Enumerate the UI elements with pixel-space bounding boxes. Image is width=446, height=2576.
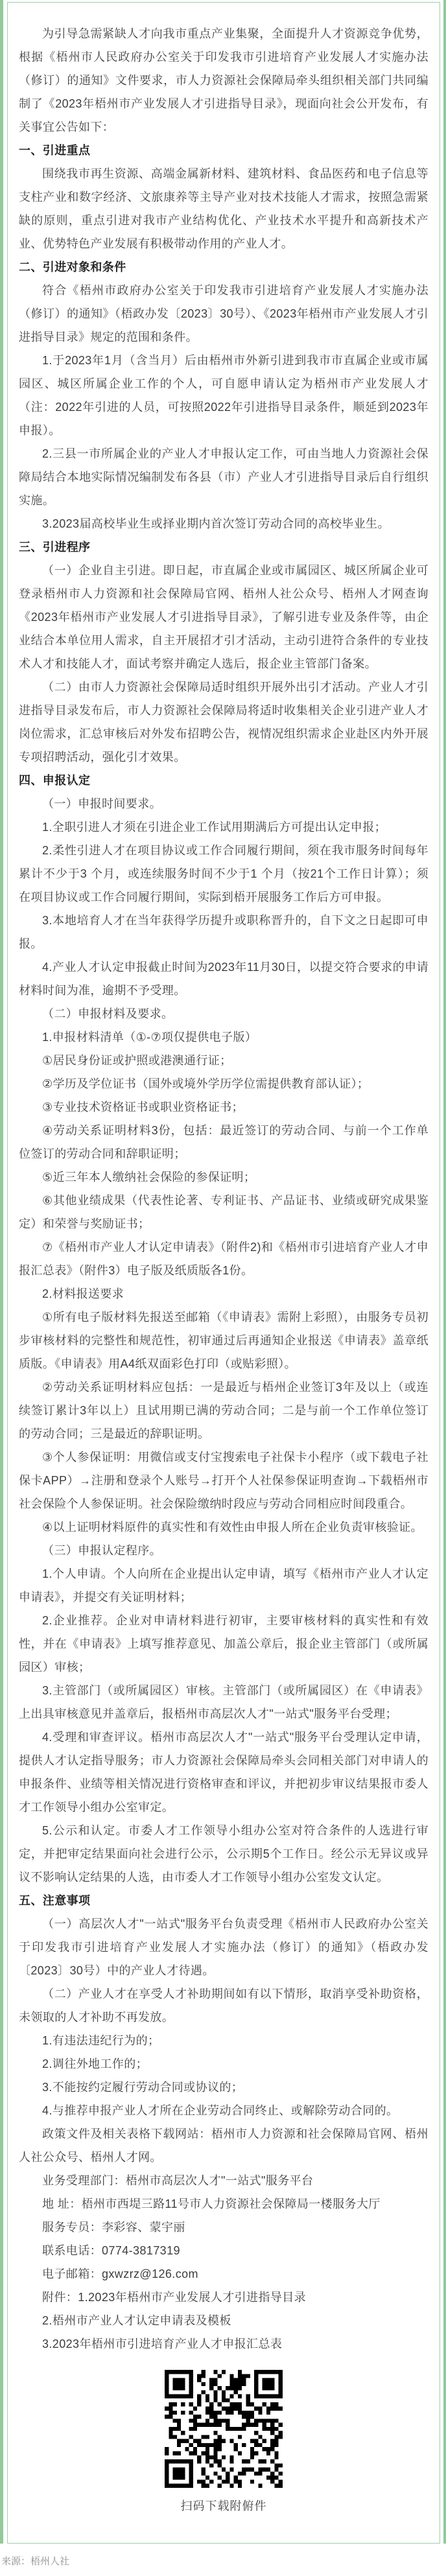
paragraph: ⑤近三年本人缴纳社会保险的参保证明； (19, 1165, 428, 1189)
paragraph: 联系电话：0774-3817319 (19, 2239, 428, 2262)
paragraph: （一）企业自主引进。即日起，市直属企业或市属园区、城区所属企业可登录梧州市人力资… (19, 559, 428, 675)
paragraph: 1.于2023年1月（含当月）后由梧州市外新引进到我市市直属企业或市属园区、城区… (19, 349, 428, 442)
page: 为引导急需紧缺人才向我市重点产业集聚，全面提升人才资源竞争优势，根据《梧州市人民… (0, 0, 446, 2576)
paragraph: 为引导急需紧缺人才向我市重点产业集聚，全面提升人才资源竞争优势，根据《梧州市人民… (19, 22, 428, 139)
paragraph: 业务受理部门：梧州市高层次人才"一站式"服务平台 (19, 2169, 428, 2192)
paragraph: 3.不能按约定履行劳动合同或协议的； (19, 2076, 428, 2099)
paragraph: 2.三县一市所属企业的产业人才申报认定工作，可由当地人力资源社会保障局结合本地实… (19, 442, 428, 512)
section-heading: 四、申报认定 (19, 769, 428, 792)
paragraph: 符合《梧州市政府办公室关于印发我市引进培育产业发展人才实施办法（修订）的通知》（… (19, 279, 428, 349)
paragraph: （一）申报时间要求。 (19, 792, 428, 815)
paragraph: （二）由市人力资源社会保障局适时组织开展外出引才活动。产业人才引进指导目录发布后… (19, 675, 428, 769)
paragraph: 4.受理和审查评议。梧州市高层次人才"一站式"服务平台受理认定申请，提供人才认定… (19, 1726, 428, 1819)
paragraph: （二）申报材料及要求。 (19, 1002, 428, 1025)
paragraph: 地 址：梧州市西堤三路11号市人力资源社会保障局一楼服务大厅 (19, 2192, 428, 2216)
announcement-card: 为引导急需紧缺人才向我市重点产业集聚，全面提升人才资源竞争优势，根据《梧州市人民… (0, 0, 446, 2544)
paragraph: 附件：1.2023年梧州市产业发展人才引进指导目录 (19, 2286, 428, 2309)
paragraph: （一）高层次人才"一站式"服务平台负责受理《梧州市人民政府办公室关于印发我市引进… (19, 1912, 428, 1982)
qr-code (165, 2370, 283, 2488)
paragraph: 5.公示和认定。市委人才工作领导小组办公室对符合条件的人选进行审定，并把审定结果… (19, 1819, 428, 1889)
paragraph: （二）产业人才在享受人才补助期间如有以下情形，取消享受补助资格，未领取的人才补助… (19, 1982, 428, 2029)
paragraph: ①居民身份证或护照或港澳通行证； (19, 1049, 428, 1072)
paragraph: 1.有违法违纪行为的； (19, 2029, 428, 2052)
paragraph: 围绕我市再生资源、高端金属新材料、建筑材料、食品医药和电子信息等支柱产业和数字经… (19, 162, 428, 255)
paragraph: ①所有电子版材料先报送至邮箱（《申请表》需附上彩照），由服务专员初步审核材料的完… (19, 1306, 428, 1376)
section-heading: 一、引进重点 (19, 139, 428, 162)
paragraph: ④以上证明材料原件的真实性和有效性由申报人所在企业负责审核验证。 (19, 1516, 428, 1539)
paragraph: 2.材料报送要求 (19, 1282, 428, 1306)
paragraph: ③专业技术资格证书或职业资格证书； (19, 1095, 428, 1119)
source-label: 来源：梧州人社 (1, 2555, 446, 2576)
paragraph: 3.主管部门（或所属园区）审核。主管部门（或所属园区）在《申请表》上出具审核意见… (19, 1679, 428, 1726)
paragraph: ③个人参保证明：用微信或支付宝搜索电子社保卡小程序（或下载电子社保卡APP）→注… (19, 1446, 428, 1516)
paragraph: 3.本地培育人才在当年获得学历提升或职称晋升的，自下文之日起即可申报。 (19, 909, 428, 955)
paragraph: 2.企业推荐。企业对申请材料进行初审，主要审核材料的真实性和有效性，并在《申请表… (19, 1609, 428, 1679)
document-content: 为引导急需紧缺人才向我市重点产业集聚，全面提升人才资源竞争优势，根据《梧州市人民… (19, 22, 428, 2356)
paragraph: ⑥其他业绩成果（代表性论著、专利证书、产品证书、业绩或研究成果鉴定）和荣誉与奖励… (19, 1189, 428, 1235)
paragraph: 2.调往外地工作的； (19, 2052, 428, 2076)
paragraph: 4.产业人才认定申报截止时间为2023年11月30日，以提交符合要求的申请材料时… (19, 955, 428, 1002)
announcement-body: 为引导急需紧缺人才向我市重点产业集聚，全面提升人才资源竞争优势，根据《梧州市人民… (7, 2, 440, 2544)
section-heading: 二、引进对象和条件 (19, 255, 428, 279)
paragraph: 2.梧州市产业人才认定申请表及模板 (19, 2309, 428, 2332)
paragraph: 政策文件及相关表格下载网站：梧州市人力资源和社会保障局官网、梧州人社公众号、梧州… (19, 2122, 428, 2169)
qr-caption: 扫码下载附俯件 (19, 2496, 428, 2516)
paragraph: 1.全职引进人才须在引进企业工作试用期满后方可提出认定申报； (19, 815, 428, 839)
paragraph: 4.与推荐申报产业人才所在企业劳动合同终止、或解除劳动合同的。 (19, 2099, 428, 2122)
section-heading: 五、注意事项 (19, 1889, 428, 1912)
paragraph: ⑦《梧州市产业人才认定申请表》（附件2)和《梧州市引进培育产业人才申报汇总表》（… (19, 1235, 428, 1282)
paragraph: 电子邮箱：gxwzrz@126.com (19, 2262, 428, 2286)
paragraph: 3.2023届高校毕业生或择业期内首次签订劳动合同的高校毕业生。 (19, 512, 428, 535)
paragraph: 2.柔性引进人才在项目协议或工作合同履行期间，须在我市服务时间每年累计不少于3 … (19, 839, 428, 909)
paragraph: （三）申报认定程序。 (19, 1539, 428, 1562)
paragraph: 1.申报材料清单（①-⑦项仅提供电子版） (19, 1025, 428, 1049)
qr-section: 扫码下载附俯件 (19, 2370, 428, 2516)
paragraph: ④劳动关系证明材料3份，包括：最近签订的劳动合同、与前一个工作单位签订的劳动合同… (19, 1119, 428, 1165)
paragraph: 3.2023年梧州市引进培育产业人才申报汇总表 (19, 2332, 428, 2356)
section-heading: 三、引进程序 (19, 535, 428, 559)
paragraph: ②劳动关系证明材料应包括：一是最近与梧州企业签订3年及以上（或连续签订累计3年以… (19, 1376, 428, 1446)
paragraph: 1.个人申请。个人向所在企业提出认定申请，填写《梧州市产业人才认定申请表》，并提… (19, 1562, 428, 1609)
paragraph: ②学历及学位证书（国外或境外学历学位需提供教育部认证）； (19, 1072, 428, 1095)
paragraph: 服务专员：李彩容、蒙宇丽 (19, 2216, 428, 2239)
